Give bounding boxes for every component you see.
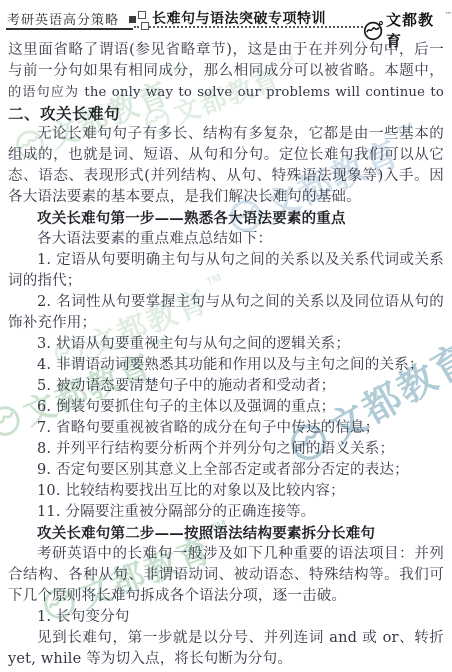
text-line: 态、语态、表现形式(并列结构、从句、特殊语法现象等)入手。因此，熟悉 [8,166,444,187]
text-line: 各大语法要素的重点难点总结如下： [8,229,444,250]
step1-heading: 攻关长难句第一步——熟悉各大语法要素的重点 [8,208,444,229]
list-item: 2. 名词性从句要掌握主句与从句之间的关系以及同位语从句的修 [8,292,444,313]
list-item: 1. 长句变分句 [8,607,444,628]
text-line: 无论长难句句子有多长、结构有多复杂，它都是由一些基本的成分 [8,124,444,145]
list-item: 6. 倒装句要抓住句子的主体以及强调的重点； [8,397,444,418]
book-page: 文都教育 TM 文都教育 TM 文都教育 TM 文都教育 TM [0,0,452,672]
list-item: 5. 被动语态要清楚句子中的施动者和受动者； [8,376,444,397]
book-title: 考研英语高分策略 [7,9,119,28]
list-item: 7. 省略句要重视被省略的成分在句子中传达的信息； [8,418,444,439]
wendu-logo-icon [363,20,384,41]
page-header: 考研英语高分策略 长难句与语法突破专项特训 文都教育 ™ [0,0,452,36]
list-item: 8. 并列平行结构要分析两个并列分句之间的语义关系； [8,439,444,460]
text-line: 组成的，也就是词、短语、从句和分句。定位长难句我们可以从它的时 [8,145,444,166]
outline-square-icon [141,22,149,30]
chapter-title: 长难句与语法突破专项特训 [152,8,326,28]
step2-heading: 攻关长难句第二步——按照语法结构要素拆分长难句 [8,523,444,544]
section-heading: 二、攻关长难句 [8,103,444,124]
text-line: 下几个原则将长难句拆成各个语法分项，逐一击破。 [8,586,444,607]
text-line: 与前一分句如果有相同成分，那么相同成分可以被省略。本题中，完整 [8,61,444,82]
text-line: 各大语法要素的基本要点，是我们解决长难句的基础。 [8,187,444,208]
text-line: 合结构、各种从句、非谓语动词、被动语态、特殊结构等。我们可根据以 [8,565,444,586]
list-item: 3. 状语从句要重视主句与从句之间的逻辑关系； [8,334,444,355]
list-item: 1. 定语从句要明确主句与从句之间的关系以及关系代词或关系副 [8,250,444,271]
text-line: 考研英语中的长难句一般涉及如下几种重要的语法项目：并列或复 [8,544,444,565]
list-item: 11. 分隔要注重被分隔部分的正确连接等。 [8,502,444,523]
list-item: 4. 非谓语动词要熟悉其功能和作用以及与主句之间的关系； [8,355,444,376]
list-item: 词的指代； [8,271,444,292]
brand-trademark: ™ [445,11,452,19]
text-line: yet, while 等为切入点，将长句断为分句。 [8,649,444,670]
outline-square-icon [138,11,146,19]
page-body: 这里面省略了谓语(参见省略章节)，这是由于在并列分句中，后一分句 与前一分句如果… [8,40,444,670]
list-item: 9. 否定句要区别其意义上全部否定或者部分否定的表达； [8,460,444,481]
text-line: 的语句应为 the only way to solve our problems… [8,82,444,103]
filled-square-icon [129,16,136,23]
header-underline [6,28,133,30]
list-item: 10. 比较结构要找出互比的对象以及比较内容； [8,481,444,502]
text-line: 这里面省略了谓语(参见省略章节)，这是由于在并列分句中，后一分句 [8,40,444,61]
list-item: 饰补充作用； [8,313,444,334]
text-line: 见到长难句，第一步就是以分号、并列连词 and 或 or、转折连词 but, [8,628,444,649]
